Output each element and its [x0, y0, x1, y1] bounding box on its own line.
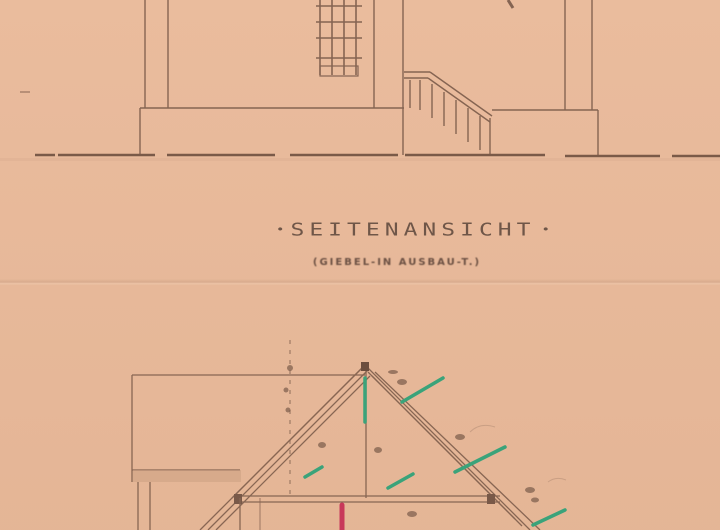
elevation-title-text: SEITENANSICHT — [290, 220, 535, 240]
dimension-annotations — [284, 365, 540, 517]
window-grille — [316, 0, 362, 76]
side-elevation — [20, 0, 720, 156]
title-bullet-right: • — [542, 224, 550, 236]
staircase — [404, 72, 492, 155]
title-bullet-left: • — [276, 224, 284, 236]
roof-section — [132, 340, 540, 530]
elevation-title: • SEITENANSICHT • — [228, 218, 598, 243]
elevation-subtitle: (GIEBEL-IN AUSBAU-T.) — [262, 254, 532, 270]
colored-member-marks — [305, 378, 565, 530]
